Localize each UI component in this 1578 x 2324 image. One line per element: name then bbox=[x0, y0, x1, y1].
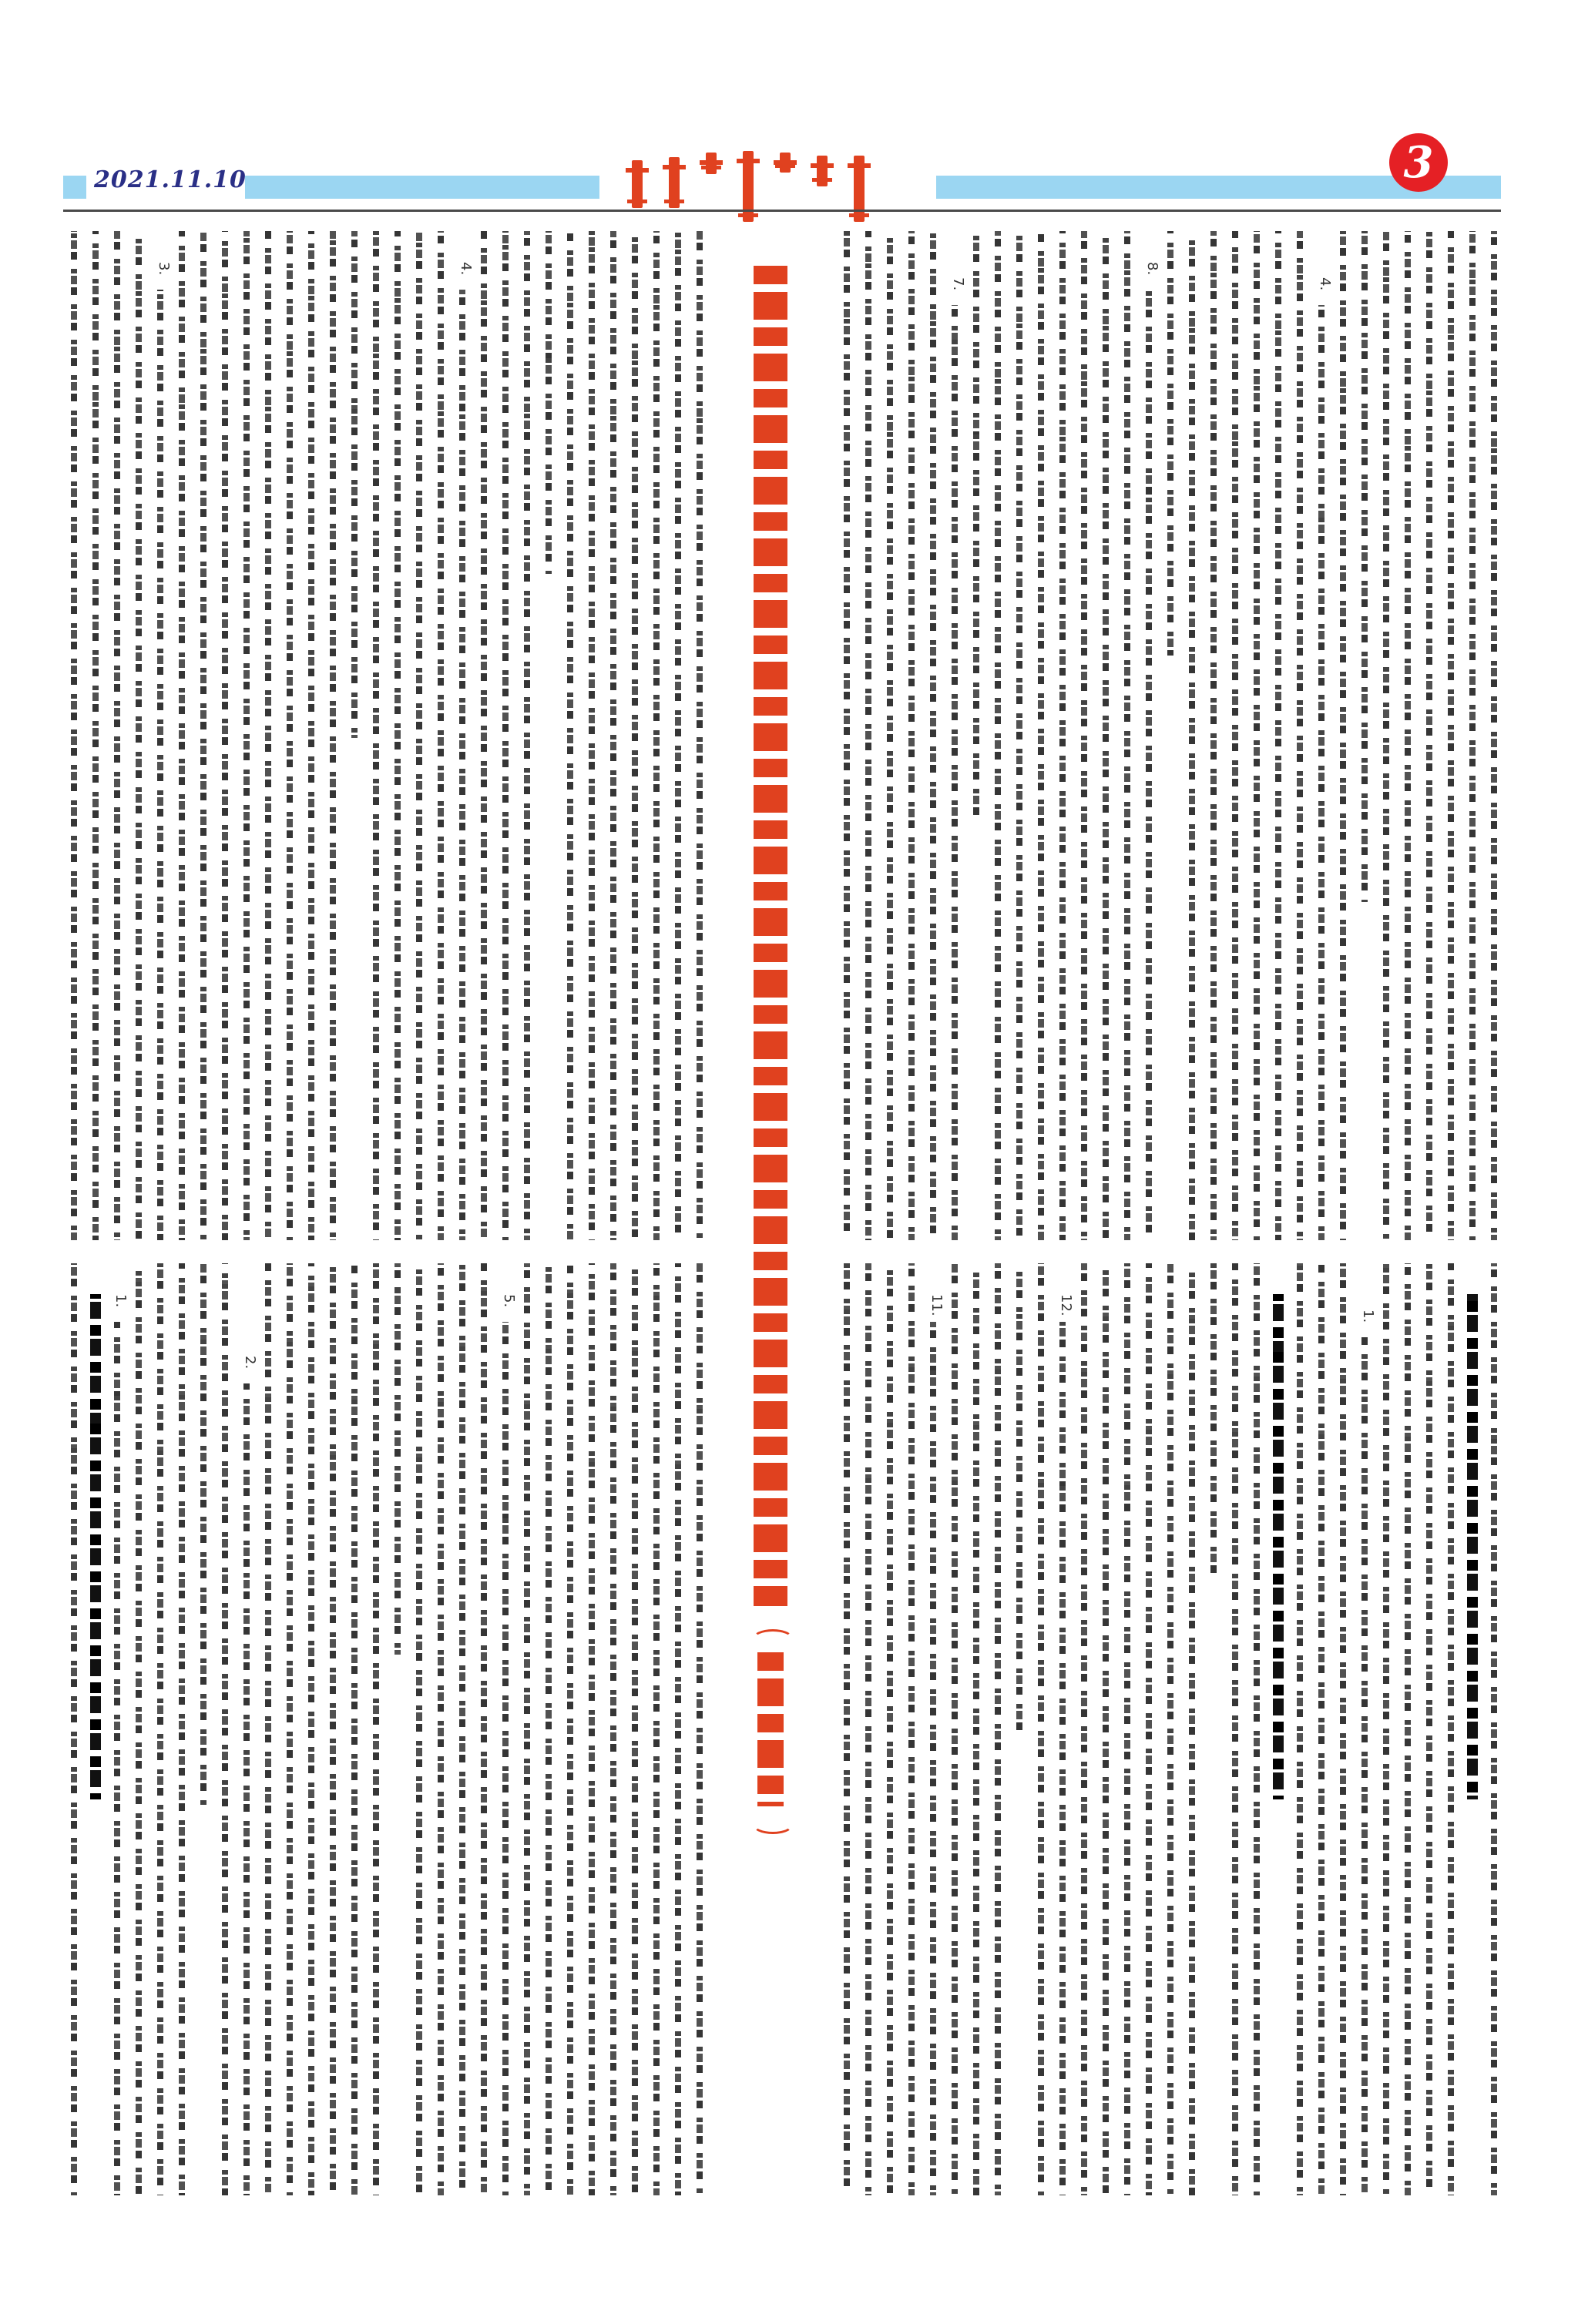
section-heading bbox=[85, 1263, 106, 2211]
body-script bbox=[1426, 231, 1432, 1240]
body-script bbox=[632, 231, 638, 1240]
text-column bbox=[922, 231, 944, 1256]
text-column bbox=[473, 231, 495, 1256]
headline-close-paren bbox=[752, 1814, 794, 1834]
text-column bbox=[559, 1263, 581, 2211]
body-script bbox=[1275, 231, 1281, 1240]
body-script bbox=[1146, 1263, 1152, 2195]
body-script bbox=[1016, 231, 1022, 1240]
text-column bbox=[1419, 1263, 1440, 2211]
body-script bbox=[1189, 1263, 1195, 2195]
heading-script bbox=[1467, 1294, 1478, 1799]
text-column bbox=[901, 231, 922, 1256]
text-column bbox=[106, 231, 128, 1256]
item-number: 3. bbox=[153, 262, 171, 275]
body-script bbox=[502, 1322, 509, 2195]
body-script bbox=[844, 231, 850, 1240]
text-column bbox=[473, 1263, 495, 2211]
text-column bbox=[581, 1263, 603, 2211]
text-column bbox=[1246, 231, 1267, 1256]
item-number: 1. bbox=[109, 1294, 128, 1307]
text-column bbox=[1181, 1263, 1203, 2211]
issue-date: 2021.11.10 bbox=[94, 166, 247, 193]
text-column bbox=[987, 231, 1009, 1256]
text-column bbox=[603, 231, 624, 1256]
text-column bbox=[214, 231, 236, 1256]
body-script bbox=[394, 1263, 401, 1655]
body-script bbox=[1103, 1263, 1109, 2195]
section-heading bbox=[1267, 1263, 1289, 2211]
text-column bbox=[646, 1263, 667, 2211]
text-column bbox=[1289, 1263, 1311, 2211]
body-script bbox=[373, 1263, 379, 2195]
body-script bbox=[1297, 231, 1303, 1240]
body-script bbox=[157, 1263, 163, 2195]
body-script bbox=[1059, 231, 1066, 1240]
text-column bbox=[879, 231, 901, 1256]
text-column bbox=[300, 1263, 322, 2211]
body-script bbox=[1448, 231, 1454, 1240]
body-script bbox=[1469, 231, 1476, 1240]
body-script bbox=[1232, 1263, 1238, 2195]
text-column bbox=[452, 1263, 473, 2211]
text-column bbox=[171, 1263, 193, 2211]
body-script bbox=[92, 231, 99, 1240]
body-script bbox=[459, 1263, 465, 2195]
body-script bbox=[887, 1263, 893, 2195]
text-column: 8. bbox=[1138, 231, 1160, 1256]
header-rule bbox=[63, 210, 1501, 212]
text-column bbox=[1440, 1263, 1462, 2211]
body-script bbox=[287, 231, 293, 1240]
body-script bbox=[567, 1263, 573, 2195]
text-column: 2. bbox=[236, 1263, 257, 2211]
body-script bbox=[908, 231, 915, 1240]
body-script bbox=[930, 1322, 936, 2195]
body-script bbox=[632, 1263, 638, 2195]
body-script bbox=[438, 231, 444, 1240]
item-number: 12. bbox=[1055, 1294, 1073, 1316]
text-column bbox=[128, 1263, 149, 2211]
text-column bbox=[1095, 1263, 1116, 2211]
masthead-glyph bbox=[854, 156, 865, 222]
body-script bbox=[1383, 1263, 1389, 2195]
text-column bbox=[1203, 231, 1224, 1256]
text-column bbox=[1181, 231, 1203, 1256]
text-column bbox=[858, 1263, 879, 2211]
page-header: 2021.11.10 ᠮᠣᠩᠭᠣᠯ ᠰᠣᠨᠢᠨ 3 bbox=[0, 0, 1578, 231]
text-column bbox=[1375, 1263, 1397, 2211]
text-column: 12. bbox=[1052, 1263, 1073, 2211]
text-column bbox=[944, 1263, 965, 2211]
body-script bbox=[1491, 1263, 1497, 2195]
article-headline: ᠮᠣᠩᠭᠣᠯ ᠬᠡᠯᠡ ᠪᠢᠴᠢᠭ᠌ ᠦᠨ ᠠᠵᠢᠯ ᠤᠨ ᠲᠤᠬᠠᠢ ᠳᠦᠷᠢ… bbox=[738, 266, 815, 1837]
text-column bbox=[836, 231, 858, 1256]
text-column bbox=[1354, 231, 1375, 1256]
text-column bbox=[1224, 231, 1246, 1256]
body-script bbox=[1405, 231, 1411, 1240]
body-script bbox=[1361, 231, 1368, 902]
text-column bbox=[1095, 231, 1116, 1256]
heading-script bbox=[1273, 1294, 1284, 1799]
text-column bbox=[987, 1263, 1009, 2211]
text-column bbox=[257, 1263, 279, 2211]
body-script bbox=[1124, 1263, 1130, 2195]
text-column bbox=[193, 1263, 214, 2211]
text-column bbox=[322, 1263, 344, 2211]
body-script bbox=[1081, 231, 1087, 1240]
body-script bbox=[1491, 231, 1497, 1240]
masthead-glyph bbox=[817, 156, 828, 186]
body-script bbox=[416, 1263, 422, 2195]
text-column bbox=[85, 231, 106, 1256]
body-script bbox=[179, 1263, 185, 2195]
body-script bbox=[973, 1263, 979, 2195]
text-column bbox=[408, 231, 430, 1256]
body-script bbox=[1167, 231, 1173, 656]
text-column bbox=[1375, 231, 1397, 1256]
body-script bbox=[330, 1263, 336, 2195]
body-script bbox=[610, 1263, 616, 2195]
body-script bbox=[524, 1263, 530, 2195]
text-column bbox=[965, 1263, 987, 2211]
body-script bbox=[995, 231, 1001, 1240]
text-column bbox=[1440, 231, 1462, 1256]
body-script bbox=[567, 231, 573, 1240]
body-script bbox=[265, 1263, 271, 2195]
item-number: 5. bbox=[498, 1294, 516, 1307]
text-column bbox=[689, 1263, 710, 2211]
text-column: 4. bbox=[1311, 231, 1332, 1256]
text-column bbox=[300, 231, 322, 1256]
masthead-glyph bbox=[780, 153, 791, 173]
body-script bbox=[1038, 1263, 1044, 2195]
body-script bbox=[114, 1322, 120, 2195]
text-column bbox=[836, 1263, 858, 2211]
headline-subtitle-glyphs bbox=[757, 1652, 784, 1806]
text-column bbox=[149, 1263, 171, 2211]
headline-open-paren bbox=[752, 1629, 794, 1649]
right-bottom-text-block: 11.12.1. bbox=[836, 1263, 1506, 2211]
body-script bbox=[136, 231, 142, 1240]
body-script bbox=[200, 1263, 206, 1806]
text-column bbox=[1009, 231, 1030, 1256]
text-column bbox=[171, 231, 193, 1256]
text-column bbox=[603, 1263, 624, 2211]
item-number: 1. bbox=[1357, 1310, 1375, 1323]
text-column bbox=[236, 231, 257, 1256]
text-column: 1. bbox=[106, 1263, 128, 2211]
item-number: 8. bbox=[1141, 262, 1160, 275]
heading-script bbox=[90, 1294, 101, 1799]
body-script bbox=[1210, 231, 1217, 1240]
body-script bbox=[1167, 1263, 1173, 2195]
body-script bbox=[1340, 231, 1346, 1240]
headline-glyphs bbox=[754, 266, 787, 1606]
text-column bbox=[1030, 1263, 1052, 2211]
section-heading bbox=[1462, 1263, 1483, 2211]
text-column bbox=[1311, 1263, 1332, 2211]
masthead-glyph bbox=[669, 157, 680, 208]
text-column: 7. bbox=[944, 231, 965, 1256]
body-script bbox=[243, 231, 250, 1240]
text-column bbox=[1483, 1263, 1505, 2211]
body-script bbox=[1383, 231, 1389, 1240]
body-script bbox=[114, 231, 120, 1240]
text-column bbox=[538, 1263, 559, 2211]
text-column bbox=[1052, 231, 1073, 1256]
body-script bbox=[222, 1263, 228, 2195]
body-script bbox=[265, 231, 271, 1240]
item-number: 4. bbox=[1314, 277, 1332, 290]
text-column bbox=[538, 231, 559, 1256]
body-script bbox=[1016, 1263, 1022, 1731]
text-column bbox=[214, 1263, 236, 2211]
body-script bbox=[844, 1263, 850, 2195]
body-script bbox=[481, 231, 487, 1240]
body-script bbox=[653, 231, 660, 1240]
text-column bbox=[430, 231, 452, 1256]
body-script bbox=[1297, 1263, 1303, 2195]
text-column bbox=[1116, 1263, 1138, 2211]
text-column bbox=[365, 231, 387, 1256]
item-number: 11. bbox=[925, 1294, 944, 1316]
text-column bbox=[1073, 1263, 1095, 2211]
body-script bbox=[524, 231, 530, 1240]
body-script bbox=[1103, 231, 1109, 1240]
body-script bbox=[351, 1263, 358, 2195]
body-script bbox=[546, 231, 552, 574]
text-column bbox=[387, 231, 408, 1256]
text-column: 3. bbox=[149, 231, 171, 1256]
body-script bbox=[546, 1263, 552, 2195]
body-script bbox=[330, 231, 336, 1240]
text-column: 4. bbox=[452, 231, 473, 1256]
text-column bbox=[344, 231, 365, 1256]
text-column bbox=[1419, 231, 1440, 1256]
text-column bbox=[1203, 1263, 1224, 2211]
text-column bbox=[365, 1263, 387, 2211]
text-column bbox=[1246, 1263, 1267, 2211]
text-column bbox=[516, 1263, 538, 2211]
text-column bbox=[495, 231, 516, 1256]
text-column bbox=[516, 231, 538, 1256]
text-column bbox=[128, 231, 149, 1256]
text-column bbox=[1224, 1263, 1246, 2211]
body-script bbox=[1059, 1322, 1066, 2195]
text-column bbox=[901, 1263, 922, 2211]
body-script bbox=[1189, 231, 1195, 1240]
body-script bbox=[930, 231, 936, 1240]
body-script bbox=[308, 1263, 314, 2195]
body-script bbox=[1210, 1263, 1217, 1579]
header-band-left-stub bbox=[63, 176, 86, 199]
body-script bbox=[308, 231, 314, 1240]
body-script bbox=[416, 231, 422, 1240]
text-column bbox=[387, 1263, 408, 2211]
body-script bbox=[1426, 1263, 1432, 2195]
text-column bbox=[322, 231, 344, 1256]
text-column bbox=[1116, 231, 1138, 1256]
text-column bbox=[408, 1263, 430, 2211]
text-column bbox=[1483, 231, 1505, 1256]
text-column bbox=[1160, 1263, 1181, 2211]
left-bottom-text-block: 1.2.5. bbox=[63, 1263, 726, 2211]
body-script bbox=[653, 1263, 660, 2195]
text-column bbox=[1009, 1263, 1030, 2211]
text-column bbox=[624, 231, 646, 1256]
body-script bbox=[243, 1383, 250, 2195]
masthead-title: ᠮᠣᠩᠭᠣᠯ ᠰᠣᠨᠢᠨ bbox=[632, 145, 865, 230]
body-script bbox=[1405, 1263, 1411, 2195]
body-script bbox=[995, 1263, 1001, 2195]
body-script bbox=[222, 231, 228, 1240]
text-column: 1. bbox=[1354, 1263, 1375, 2211]
text-column bbox=[667, 1263, 689, 2211]
masthead-glyph bbox=[632, 160, 643, 208]
text-column bbox=[344, 1263, 365, 2211]
body-script bbox=[589, 1263, 595, 2195]
body-script bbox=[438, 1263, 444, 2195]
item-number: 2. bbox=[239, 1356, 257, 1369]
text-column bbox=[1397, 1263, 1419, 2211]
body-script bbox=[1146, 290, 1152, 1240]
text-column: 11. bbox=[922, 1263, 944, 2211]
body-script bbox=[697, 231, 703, 1240]
body-script bbox=[697, 1263, 703, 2195]
text-column bbox=[858, 231, 879, 1256]
item-number: 7. bbox=[947, 277, 965, 290]
text-column bbox=[646, 231, 667, 1256]
body-script bbox=[1254, 1263, 1260, 2195]
body-script bbox=[1254, 231, 1260, 1240]
right-top-text-block: 7.8.4. bbox=[836, 231, 1506, 1256]
text-column bbox=[1138, 1263, 1160, 2211]
body-script bbox=[200, 231, 206, 1240]
body-script bbox=[157, 290, 163, 1240]
body-script bbox=[1232, 231, 1238, 1240]
body-script bbox=[394, 231, 401, 1240]
body-script bbox=[481, 1263, 487, 2195]
text-column bbox=[667, 231, 689, 1256]
body-script bbox=[373, 231, 379, 1240]
page-number-badge: 3 bbox=[1389, 133, 1448, 192]
text-column bbox=[965, 231, 987, 1256]
body-script bbox=[675, 1263, 681, 2195]
body-script bbox=[1340, 1263, 1346, 2195]
body-script bbox=[179, 231, 185, 1240]
body-script bbox=[908, 1263, 915, 2195]
body-script bbox=[71, 231, 77, 1240]
text-column bbox=[193, 231, 214, 1256]
text-column bbox=[279, 1263, 300, 2211]
body-script bbox=[865, 1263, 871, 2195]
text-column bbox=[581, 231, 603, 1256]
text-column bbox=[689, 231, 710, 1256]
body-script bbox=[459, 290, 465, 1240]
body-script bbox=[351, 231, 358, 738]
text-column bbox=[1332, 1263, 1354, 2211]
body-script bbox=[136, 1263, 142, 2195]
text-column bbox=[1397, 231, 1419, 1256]
body-script bbox=[1318, 305, 1325, 1240]
text-column bbox=[879, 1263, 901, 2211]
text-column: 5. bbox=[495, 1263, 516, 2211]
text-column bbox=[1030, 231, 1052, 1256]
text-column bbox=[1289, 231, 1311, 1256]
text-column bbox=[1332, 231, 1354, 1256]
item-number: 4. bbox=[455, 262, 473, 275]
body-script bbox=[589, 231, 595, 1240]
body-script bbox=[1124, 231, 1130, 1240]
text-column bbox=[430, 1263, 452, 2211]
body-script bbox=[1448, 1263, 1454, 2195]
body-script bbox=[952, 1263, 958, 2195]
body-script bbox=[502, 231, 509, 1240]
text-column bbox=[279, 231, 300, 1256]
body-script bbox=[952, 305, 958, 1240]
masthead-glyph bbox=[706, 153, 717, 174]
text-column bbox=[559, 231, 581, 1256]
left-top-text-block: 3.4. bbox=[63, 231, 726, 1256]
body-script bbox=[865, 231, 871, 1240]
body-script bbox=[71, 1263, 77, 2195]
text-column bbox=[63, 1263, 85, 2211]
text-column bbox=[1462, 231, 1483, 1256]
text-column bbox=[1160, 231, 1181, 1256]
body-script bbox=[1361, 1337, 1368, 2195]
body-script bbox=[1318, 1263, 1325, 2195]
text-column bbox=[1267, 231, 1289, 1256]
header-band-left bbox=[245, 176, 599, 199]
text-column bbox=[624, 1263, 646, 2211]
body-script bbox=[1038, 231, 1044, 1240]
text-column bbox=[257, 231, 279, 1256]
body-script bbox=[887, 231, 893, 1240]
text-column bbox=[1073, 231, 1095, 1256]
body-script bbox=[1081, 1263, 1087, 2195]
body-script bbox=[973, 231, 979, 820]
body-script bbox=[675, 231, 681, 1240]
body-script bbox=[287, 1263, 293, 2195]
text-column bbox=[63, 231, 85, 1256]
body-script bbox=[610, 231, 616, 1240]
